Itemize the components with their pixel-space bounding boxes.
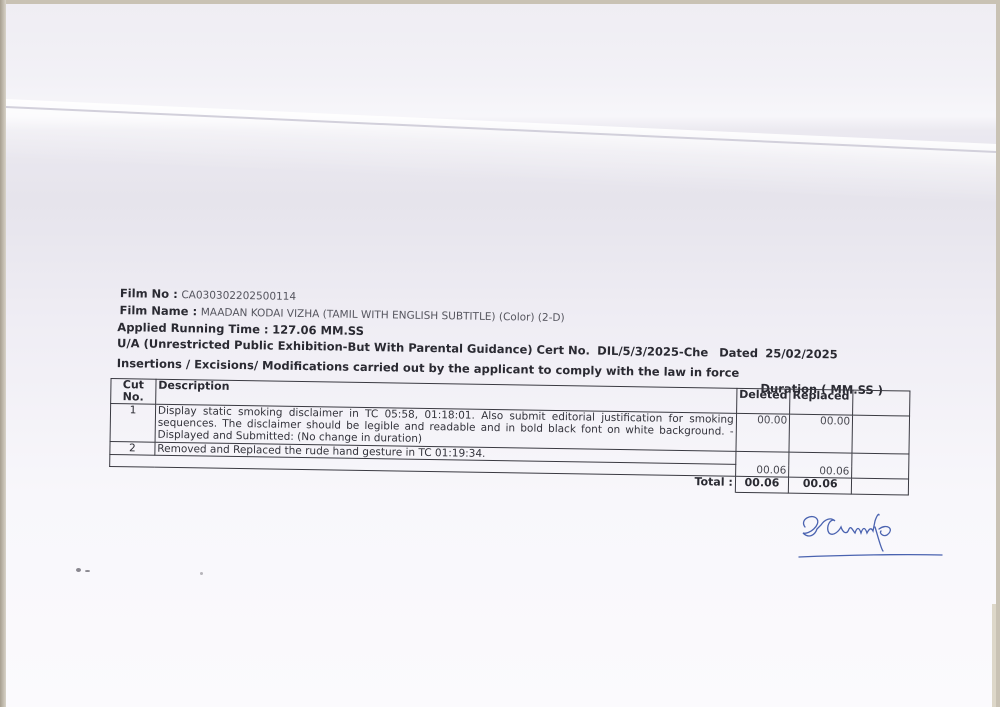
dated-label: Dated: [719, 346, 758, 361]
cut-no-cell: 1: [110, 403, 155, 442]
scan-speck: [76, 568, 81, 572]
dated-value: 25/02/2025: [765, 346, 838, 361]
scan-speck: [200, 572, 203, 575]
header-deleted: Deleted: [736, 388, 790, 414]
replaced-cell: 00.00: [789, 414, 853, 453]
total-replaced: 00.06: [789, 477, 852, 494]
signature: [795, 505, 955, 575]
deleted-value: 00.06: [756, 464, 786, 476]
total-deleted: 00.06: [735, 476, 789, 493]
blank-cell: [852, 453, 909, 479]
film-no-label: Film No :: [120, 286, 178, 301]
cert-no-value: DIL/5/3/2025-Che: [597, 344, 708, 360]
scan-speck: [85, 570, 90, 572]
film-no-row: Film No : CA030302202500114: [120, 286, 296, 303]
header-cut-no: Cut No.: [111, 378, 156, 404]
running-time-value: 127.06 MM.SS: [272, 323, 364, 338]
running-time-label: Applied Running Time :: [117, 320, 268, 336]
scan-right-edge: [992, 604, 996, 707]
cuts-table: Cut No. Description Deleted Replaced 1 D…: [109, 378, 911, 496]
header-blank: [853, 390, 910, 416]
header-replaced: Replaced: [790, 389, 853, 415]
blank-cell: [852, 478, 909, 495]
cut-no-cell: 2: [110, 441, 155, 455]
deleted-cell: 00.06: [735, 451, 789, 477]
deleted-cell: 00.00: [736, 413, 790, 452]
film-name-label: Film Name :: [120, 303, 198, 318]
paper-fold-highlight: [6, 99, 996, 209]
blank-cell: [852, 415, 909, 454]
film-no-value: CA030302202500114: [181, 289, 296, 303]
replaced-cell: 00.06: [789, 452, 852, 478]
replaced-value: 00.06: [819, 465, 849, 477]
